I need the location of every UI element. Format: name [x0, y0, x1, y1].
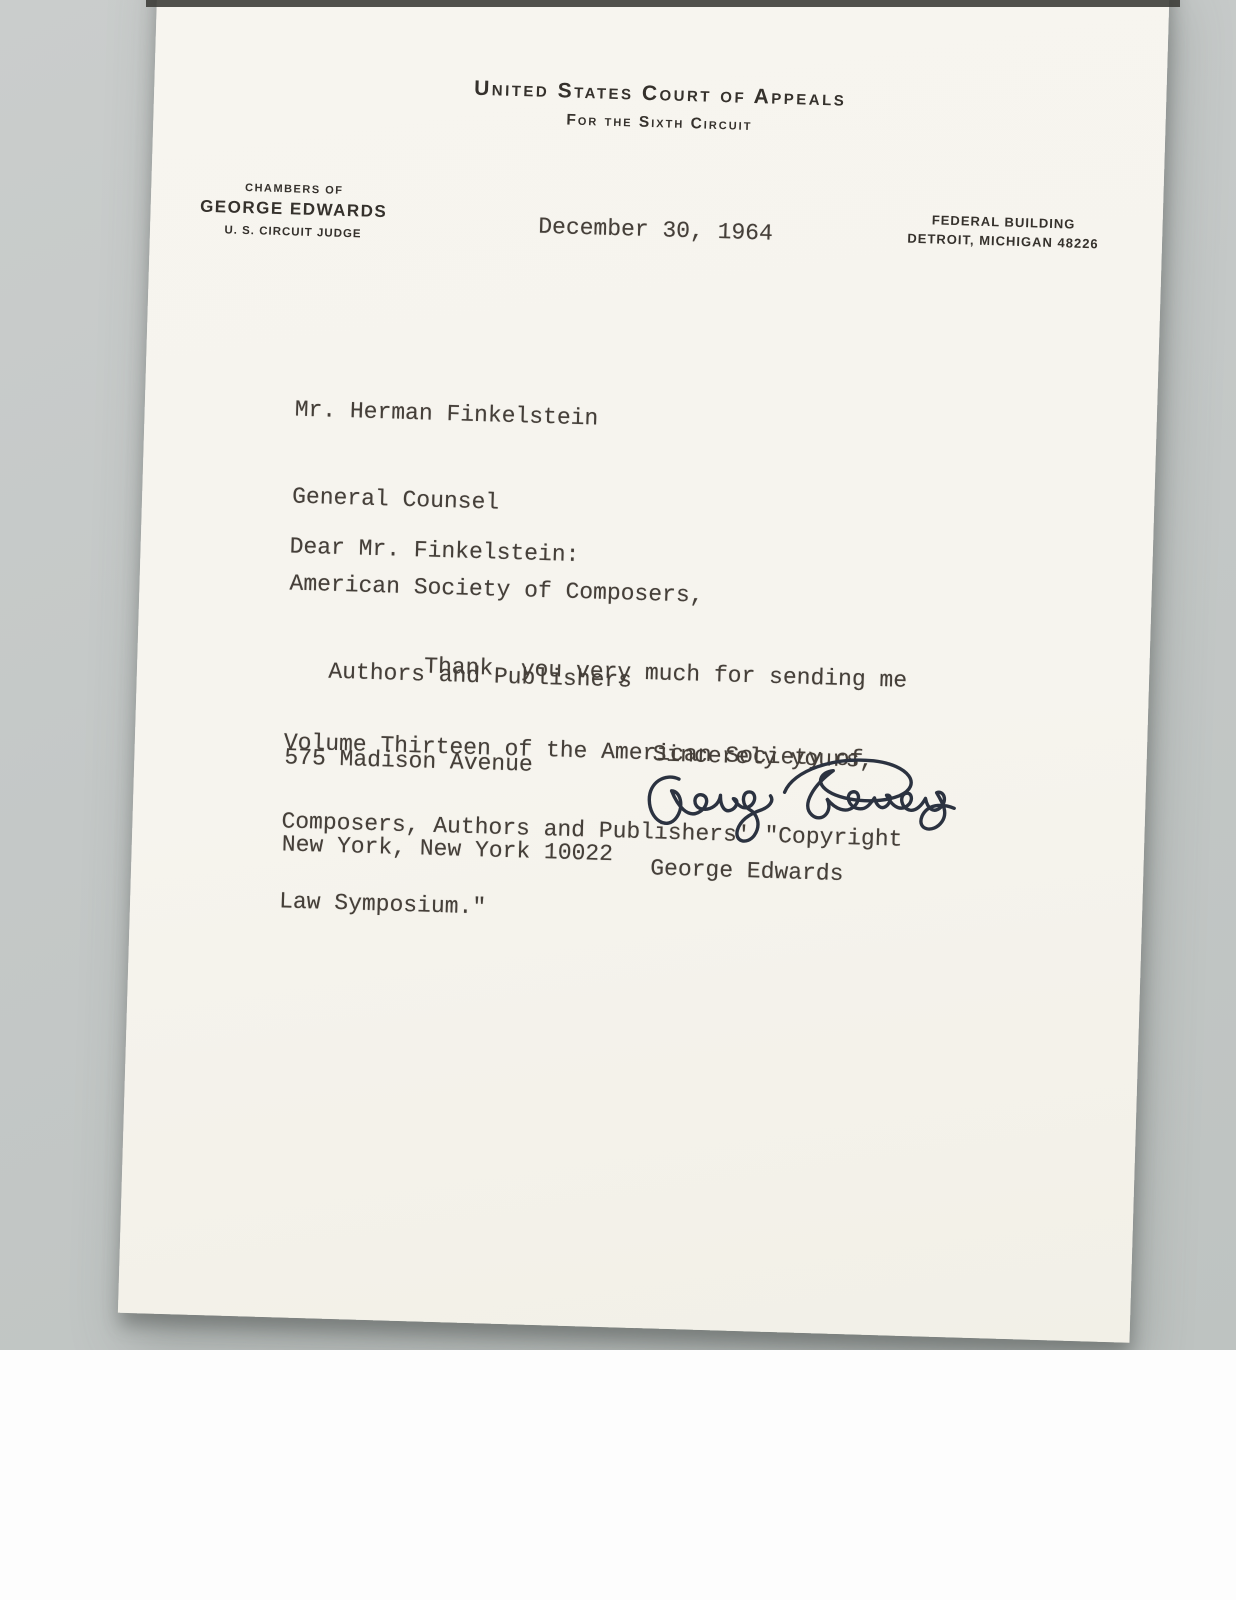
chambers-judge-name: GEORGE EDWARDS	[180, 196, 406, 223]
letter-paper: United States Court of Appeals For the S…	[118, 0, 1170, 1343]
body-line: Thank you very much for sending me	[286, 649, 908, 694]
recipient-name: Mr. Herman Finkelstein	[294, 396, 709, 437]
signature-handwriting-icon	[635, 744, 974, 862]
page-lower-white-area	[0, 1350, 1236, 1600]
photo-background: United States Court of Appeals For the S…	[0, 0, 1236, 1350]
body-line: Law Symposium."	[279, 888, 901, 933]
letterhead-building-block: FEDERAL BUILDING DETROIT, MICHIGAN 48226	[890, 209, 1117, 254]
letterhead-chambers-block: CHAMBERS OF GEORGE EDWARDS U. S. CIRCUIT…	[180, 180, 408, 242]
photo-top-edge-shadow	[146, 0, 1180, 7]
recipient-title: General Counsel	[292, 483, 707, 524]
chambers-of-label: CHAMBERS OF	[181, 180, 407, 199]
letter-date: December 30, 1964	[538, 214, 773, 247]
scanned-letter-page: United States Court of Appeals For the S…	[0, 0, 1236, 1600]
chambers-judge-title: U. S. CIRCUIT JUDGE	[180, 223, 406, 242]
